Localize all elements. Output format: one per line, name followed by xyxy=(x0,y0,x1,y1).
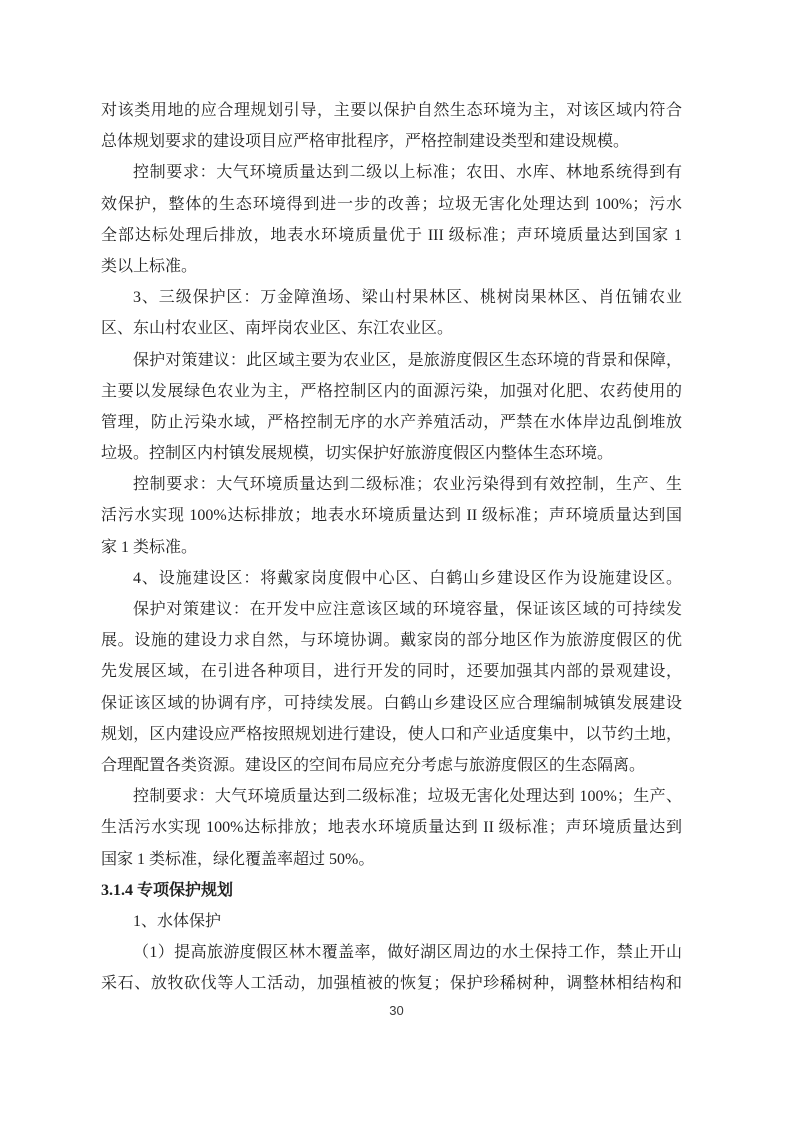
text-line: 总体规划要求的建设项目应严格审批程序，严格控制建设类型和建设规模。 xyxy=(101,126,682,157)
page-number: 30 xyxy=(0,1003,793,1019)
text-line: 主要以发展绿色农业为主，严格控制区内的面源污染，加强对化肥、农药使用的 xyxy=(101,376,682,407)
text-line: 保护对策建议：在开发中应注意该区域的环境容量，保证该区域的可持续发 xyxy=(101,594,682,625)
text-line: 控制要求：大气环境质量达到二级以上标准；农田、水库、林地系统得到有 xyxy=(101,157,682,188)
text-line: 全部达标处理后排放，地表水环境质量优于 III 级标准；声环境质量达到国家 1 xyxy=(101,220,682,251)
text-line: 效保护，整体的生态环境得到进一步的改善；垃圾无害化处理达到 100%；污水 xyxy=(101,189,682,220)
text-line: 生活污水实现 100%达标排放；地表水环境质量达到 II 级标准；声环境质量达到 xyxy=(101,812,682,843)
text-line: 保证该区域的协调有序，可持续发展。白鹤山乡建设区应合理编制城镇发展建设 xyxy=(101,688,682,719)
text-line: （1）提高旅游度假区林木覆盖率，做好湖区周边的水土保持工作，禁止开山 xyxy=(101,937,682,968)
section-heading: 3.1.4 专项保护规划 xyxy=(101,875,682,906)
text-line: 对该类用地的应合理规划引导，主要以保护自然生态环境为主，对该区域内符合 xyxy=(101,95,682,126)
text-line: 1、水体保护 xyxy=(101,906,682,937)
text-line: 区、东山村农业区、南坪岗农业区、东江农业区。 xyxy=(101,313,682,344)
text-line: 先发展区域，在引进各种项目，进行开发的同时，还要加强其内部的景观建设， xyxy=(101,656,682,687)
text-line: 展。设施的建设力求自然，与环境协调。戴家岗的部分地区作为旅游度假区的优 xyxy=(101,625,682,656)
text-line: 4、设施建设区：将戴家岗度假中心区、白鹤山乡建设区作为设施建设区。 xyxy=(101,563,682,594)
text-line: 采石、放牧砍伐等人工活动，加强植被的恢复；保护珍稀树种，调整林相结构和 xyxy=(101,968,682,999)
text-line: 类以上标准。 xyxy=(101,251,682,282)
text-line: 垃圾。控制区内村镇发展规模，切实保护好旅游度假区内整体生态环境。 xyxy=(101,438,682,469)
document-page: 对该类用地的应合理规划引导，主要以保护自然生态环境为主，对该区域内符合总体规划要… xyxy=(0,0,793,1122)
text-line: 控制要求：大气环境质量达到二级标准；垃圾无害化处理达到 100%；生产、 xyxy=(101,781,682,812)
text-line: 控制要求：大气环境质量达到二级标准；农业污染得到有效控制，生产、生 xyxy=(101,469,682,500)
document-body: 对该类用地的应合理规划引导，主要以保护自然生态环境为主，对该区域内符合总体规划要… xyxy=(101,95,682,999)
text-line: 合理配置各类资源。建设区的空间布局应充分考虑与旅游度假区的生态隔离。 xyxy=(101,750,682,781)
text-line: 活污水实现 100%达标排放；地表水环境质量达到 II 级标准；声环境质量达到国 xyxy=(101,500,682,531)
text-line: 保护对策建议：此区域主要为农业区，是旅游度假区生态环境的背景和保障， xyxy=(101,345,682,376)
text-line: 3、三级保护区：万金障渔场、梁山村果林区、桃树岗果林区、肖伍铺农业 xyxy=(101,282,682,313)
text-line: 国家 1 类标准，绿化覆盖率超过 50%。 xyxy=(101,844,682,875)
text-line: 规划，区内建设应严格按照规划进行建设，使人口和产业适度集中，以节约土地， xyxy=(101,719,682,750)
text-line: 管理，防止污染水域，严格控制无序的水产养殖活动，严禁在水体岸边乱倒堆放 xyxy=(101,407,682,438)
text-line: 家 1 类标准。 xyxy=(101,532,682,563)
